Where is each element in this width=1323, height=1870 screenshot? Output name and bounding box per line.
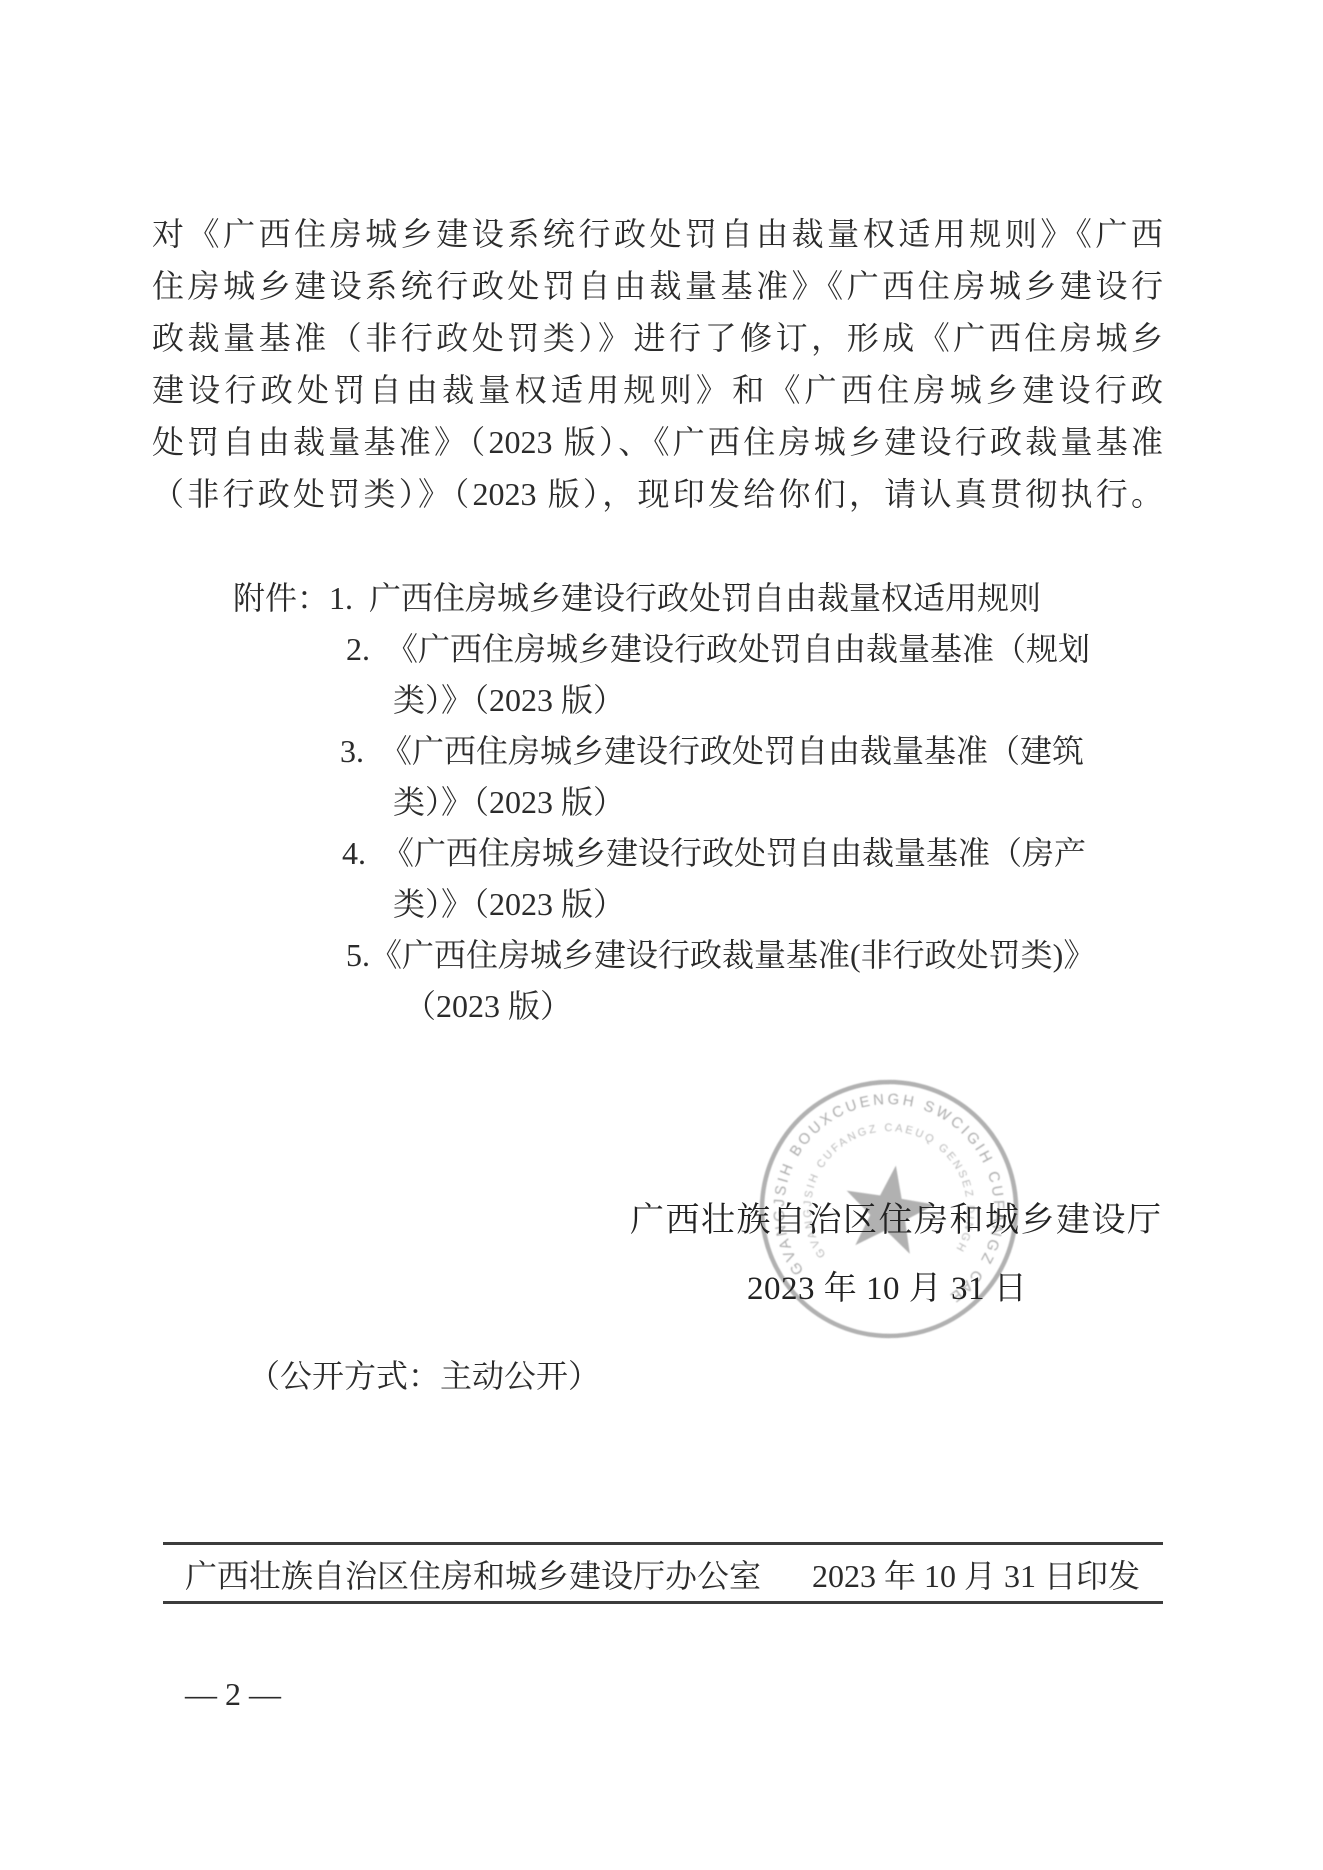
attachment-line: 类）》（2023 版）: [393, 878, 625, 930]
attachment-line: （2023 版）: [404, 980, 572, 1032]
disclosure-note: （公开方式：主动公开）: [248, 1350, 600, 1402]
attachment-line: 2. 《广西住房城乡建设行政处罚自由裁量基准（规划: [346, 623, 1090, 675]
attachment-line: 4. 《广西住房城乡建设行政处罚自由裁量基准（房产: [342, 827, 1086, 879]
footer-office: 广西壮族自治区住房和城乡建设厅办公室: [185, 1552, 761, 1600]
body-line: 建设行政处罚自由裁量权适用规则》和《广西住房城乡建设行政: [152, 364, 1163, 416]
footer-print-date: 2023 年 10 月 31 日印发: [812, 1552, 1140, 1600]
page-number: — 2 —: [185, 1672, 281, 1716]
attachment-line: 3. 《广西住房城乡建设行政处罚自由裁量基准（建筑: [340, 725, 1084, 777]
body-line: 住房城乡建设系统行政处罚自由裁量基准》《广西住房城乡建设行: [152, 260, 1163, 312]
attachment-line: 5.《广西住房城乡建设行政裁量基准(非行政处罚类)》: [346, 929, 1095, 981]
body-line: 对《广西住房城乡建设系统行政处罚自由裁量权适用规则》《广西: [152, 208, 1163, 260]
attachment-line: 类）》（2023 版）: [393, 674, 625, 726]
attachment-line: 附件：1. 广西住房城乡建设行政处罚自由裁量权适用规则: [233, 572, 1041, 624]
signature-date: 2023 年 10 月 31 日: [747, 1263, 1027, 1315]
document-page: 对《广西住房城乡建设系统行政处罚自由裁量权适用规则》《广西 住房城乡建设系统行政…: [0, 0, 1323, 1870]
footer-rule-bottom: [163, 1601, 1163, 1604]
attachment-line: 类）》（2023 版）: [393, 776, 625, 828]
body-line: 处罚自由裁量基准》（2023 版）、《广西住房城乡建设行政裁量基准: [152, 416, 1163, 468]
signature-org: 广西壮族自治区住房和城乡建设厅: [630, 1195, 1163, 1247]
body-line: 政裁量基准（非行政处罚类）》进行了修订，形成《广西住房城乡: [152, 312, 1163, 364]
body-line: （非行政处罚类）》（2023 版），现印发给你们，请认真贯彻执行。: [152, 468, 1163, 520]
footer-rule-top: [163, 1542, 1163, 1545]
